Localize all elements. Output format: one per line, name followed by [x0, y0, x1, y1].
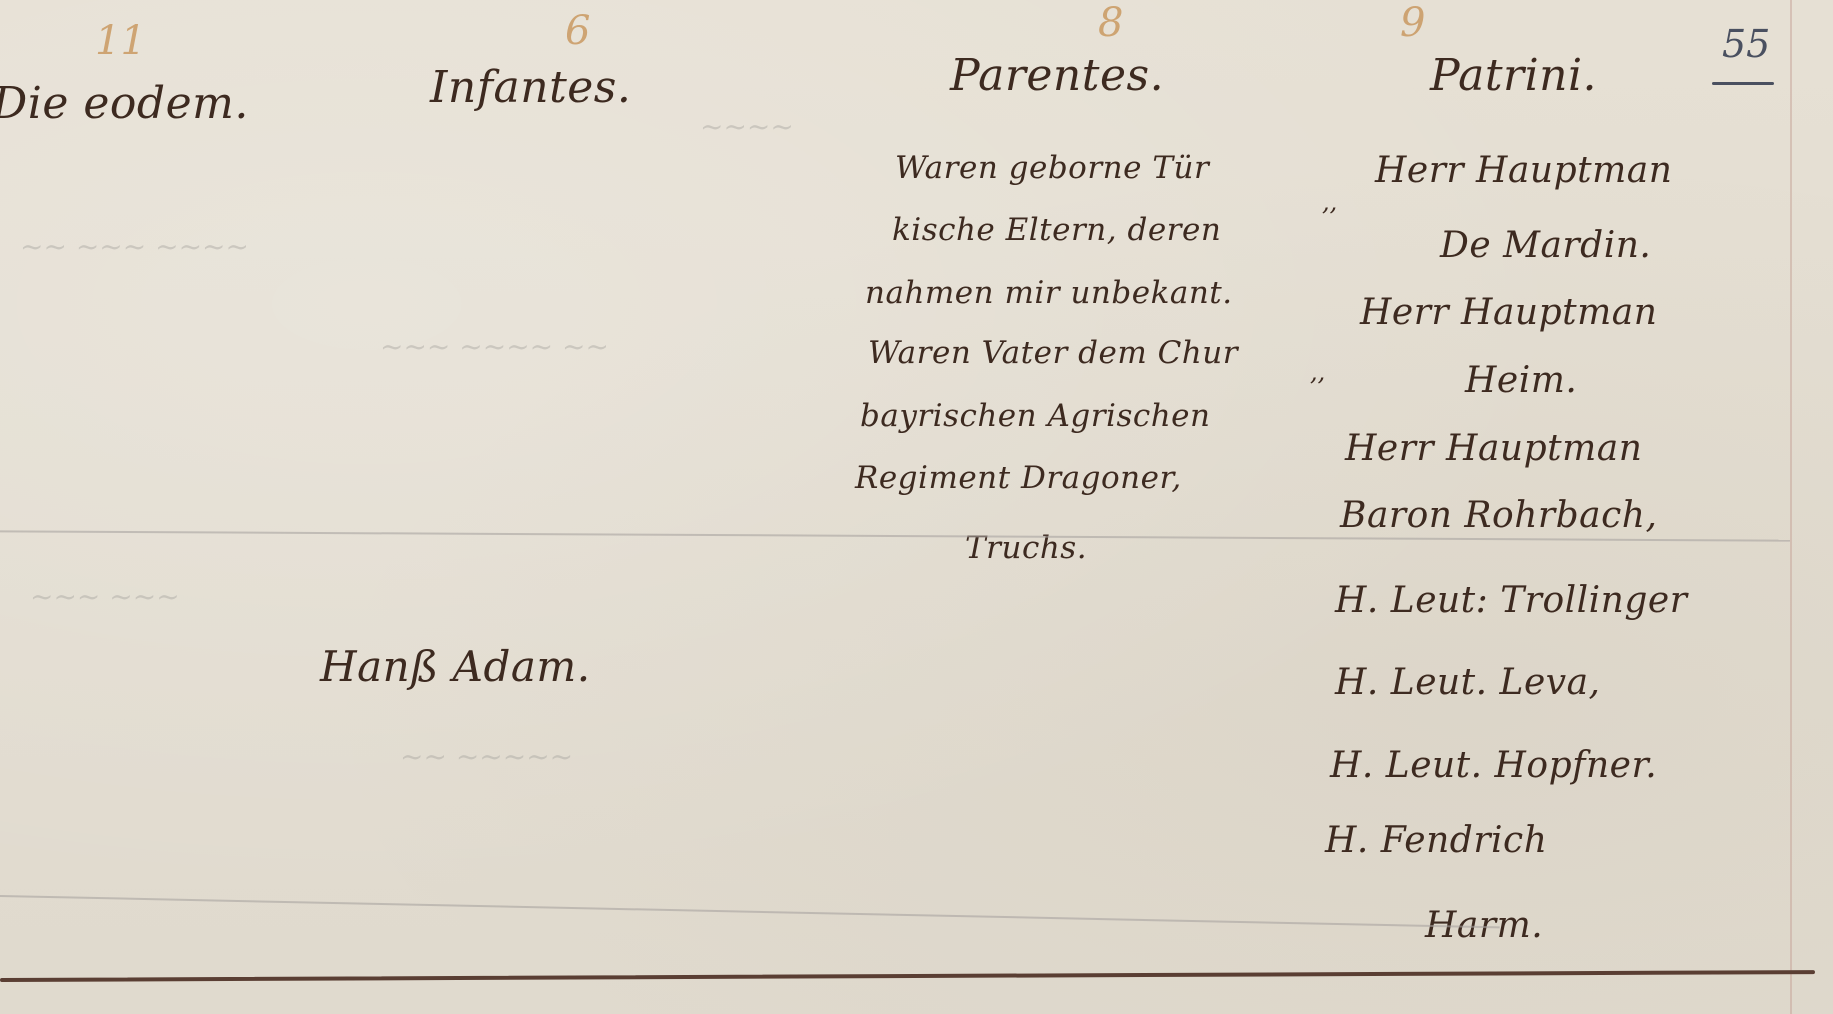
pencil-number: 11	[95, 18, 146, 64]
bleed-through-text: ~~ ~~~~~	[400, 740, 573, 773]
godparents-line: H. Leut: Trollinger	[1335, 580, 1687, 621]
godparents-line: H. Fendrich	[1325, 820, 1547, 861]
infant-name: Hanß Adam.	[320, 642, 591, 691]
bleed-through-text: ~~ ~~~ ~~~~	[20, 230, 249, 263]
folio-number: 55	[1722, 22, 1770, 66]
godparents-line: H. Leut. Leva,	[1335, 662, 1601, 703]
godparents-line: Baron Rohrbach,	[1340, 495, 1657, 536]
pencil-number: 6	[565, 8, 590, 54]
parents-line: Waren geborne Tür	[895, 150, 1209, 186]
pencil-number: 9	[1400, 0, 1425, 46]
ditto-mark: ,,	[1310, 358, 1325, 386]
folio-underline	[1712, 82, 1774, 85]
parents-line: Waren Vater dem Chur	[868, 335, 1238, 371]
header-date: Die eodem.	[0, 78, 249, 129]
godparents-line: Herr Hauptman	[1360, 292, 1657, 333]
page-margin-line	[1790, 0, 1792, 1014]
parents-line: bayrischen Agrischen	[860, 398, 1211, 434]
bleed-through-text: ~~~ ~~~	[30, 580, 180, 613]
parents-line: nahmen mir unbekant.	[865, 275, 1233, 311]
bleed-through-text: ~~~ ~~~~ ~~	[380, 330, 609, 363]
godparents-line: De Mardin.	[1440, 225, 1651, 266]
parents-line: Regiment Dragoner,	[855, 460, 1182, 496]
header-parents: Parentes.	[950, 50, 1164, 101]
parents-line: kische Eltern, deren	[892, 212, 1221, 248]
ditto-mark: ,,	[1322, 188, 1337, 216]
godparents-line: Herr Hauptman	[1375, 150, 1672, 191]
faint-ruled-line	[0, 895, 1500, 928]
godparents-line: H. Leut. Hopfner.	[1330, 745, 1657, 786]
godparents-line: Heim.	[1465, 360, 1577, 401]
header-godparents: Patrini.	[1430, 50, 1597, 101]
pencil-number: 8	[1098, 0, 1123, 46]
bleed-through-text: ~~~~	[700, 110, 794, 143]
header-infants: Infantes.	[430, 62, 631, 113]
godparents-line: Herr Hauptman	[1345, 428, 1642, 469]
entry-separator-rule	[0, 970, 1815, 982]
register-page: ~~ ~~~ ~~~~ ~~~ ~~~~ ~~ ~~~~ ~~~ ~~~ ~~ …	[0, 0, 1833, 1014]
